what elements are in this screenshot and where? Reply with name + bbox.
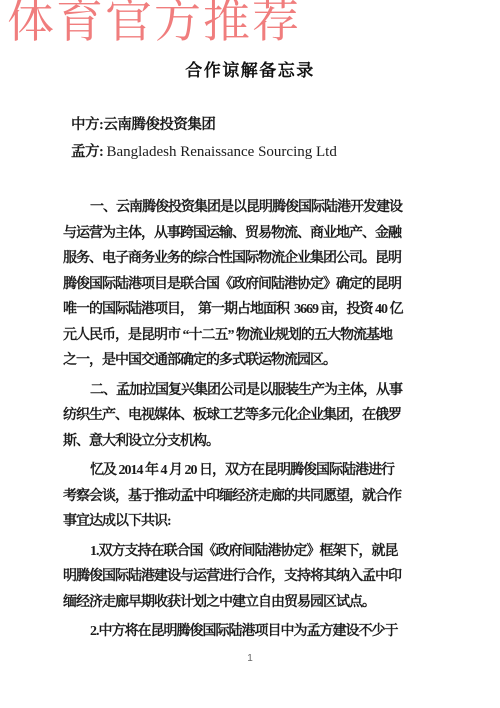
text-line: 之一，是中国交通部确定的多式联运物流园区。 (63, 348, 455, 374)
paragraph-4: 1.双方支持在联合国《政府间陆港协定》框架下，就昆 明腾俊国际陆港建设与运营进行… (63, 539, 455, 616)
party-china-label: 中方: (71, 117, 103, 133)
document-page: 体育官方推荐 合作谅解备忘录 中方:云南腾俊投资集团 孟方: Banglades… (0, 0, 500, 708)
paragraph-2: 二、孟加拉国复兴集团公司是以服装生产为主体，从事 纺织生产、电视媒体、板球工艺等… (63, 378, 455, 455)
party-bangladesh-value: Bangladesh Renaissance Sourcing Ltd (106, 144, 336, 160)
text-line: 缅经济走廊早期收获计划之中建立自由贸易园区试点。 (63, 590, 455, 616)
document-body: 一、云南腾俊投资集团是以昆明腾俊国际陆港开发建设 与运营为主体，从事跨国运输、贸… (63, 195, 455, 649)
text-line: 纺织生产、电视媒体、板球工艺等多元化企业集团，在俄罗 (63, 403, 455, 429)
text-line: 唯一的国际陆港项目， 第一期占地面积 3669 亩，投资 40 亿 (63, 297, 455, 323)
text-line: 一、云南腾俊投资集团是以昆明腾俊国际陆港开发建设 (63, 195, 455, 221)
watermark-text: 体育官方推荐 (7, 0, 301, 52)
paragraph-1: 一、云南腾俊投资集团是以昆明腾俊国际陆港开发建设 与运营为主体，从事跨国运输、贸… (63, 195, 455, 374)
party-china-value: 云南腾俊投资集团 (103, 117, 215, 133)
text-line: 1.双方支持在联合国《政府间陆港协定》框架下，就昆 (63, 539, 455, 565)
text-line: 明腾俊国际陆港建设与运营进行合作，支持将其纳入孟中印 (63, 564, 455, 590)
party-line-china: 中方:云南腾俊投资集团 (71, 112, 337, 139)
text-line: 忆及 2014 年 4 月 20 日，双方在昆明腾俊国际陆港进行 (63, 458, 455, 484)
text-line: 事宜达成以下共识: (63, 509, 455, 535)
page-number: 1 (0, 653, 500, 664)
text-line: 2.中方将在昆明腾俊国际陆港项目中为孟方建设不少于 (63, 619, 455, 645)
document-title: 合作谅解备忘录 (0, 60, 500, 82)
text-line: 与运营为主体，从事跨国运输、贸易物流、商业地产、金融 (63, 221, 455, 247)
text-line: 服务、电子商务业务的综合性国际物流企业集团公司。昆明 (63, 246, 455, 272)
text-line: 二、孟加拉国复兴集团公司是以服装生产为主体，从事 (63, 378, 455, 404)
text-line: 元人民币，是昆明市 “十二五” 物流业规划的五大物流基地 (63, 323, 455, 349)
party-line-bangladesh: 孟方: Bangladesh Renaissance Sourcing Ltd (71, 139, 337, 166)
text-line: 斯、意大利设立分支机构。 (63, 429, 455, 455)
text-line: 考察会谈，基于推动孟中印缅经济走廊的共同愿望，就合作 (63, 484, 455, 510)
paragraph-3: 忆及 2014 年 4 月 20 日，双方在昆明腾俊国际陆港进行 考察会谈，基于… (63, 458, 455, 535)
paragraph-5: 2.中方将在昆明腾俊国际陆港项目中为孟方建设不少于 (63, 619, 455, 645)
parties-block: 中方:云南腾俊投资集团 孟方: Bangladesh Renaissance S… (71, 112, 337, 166)
party-bangladesh-label: 孟方: (71, 144, 106, 160)
text-line: 腾俊国际陆港项目是联合国《政府间陆港协定》确定的昆明 (63, 272, 455, 298)
